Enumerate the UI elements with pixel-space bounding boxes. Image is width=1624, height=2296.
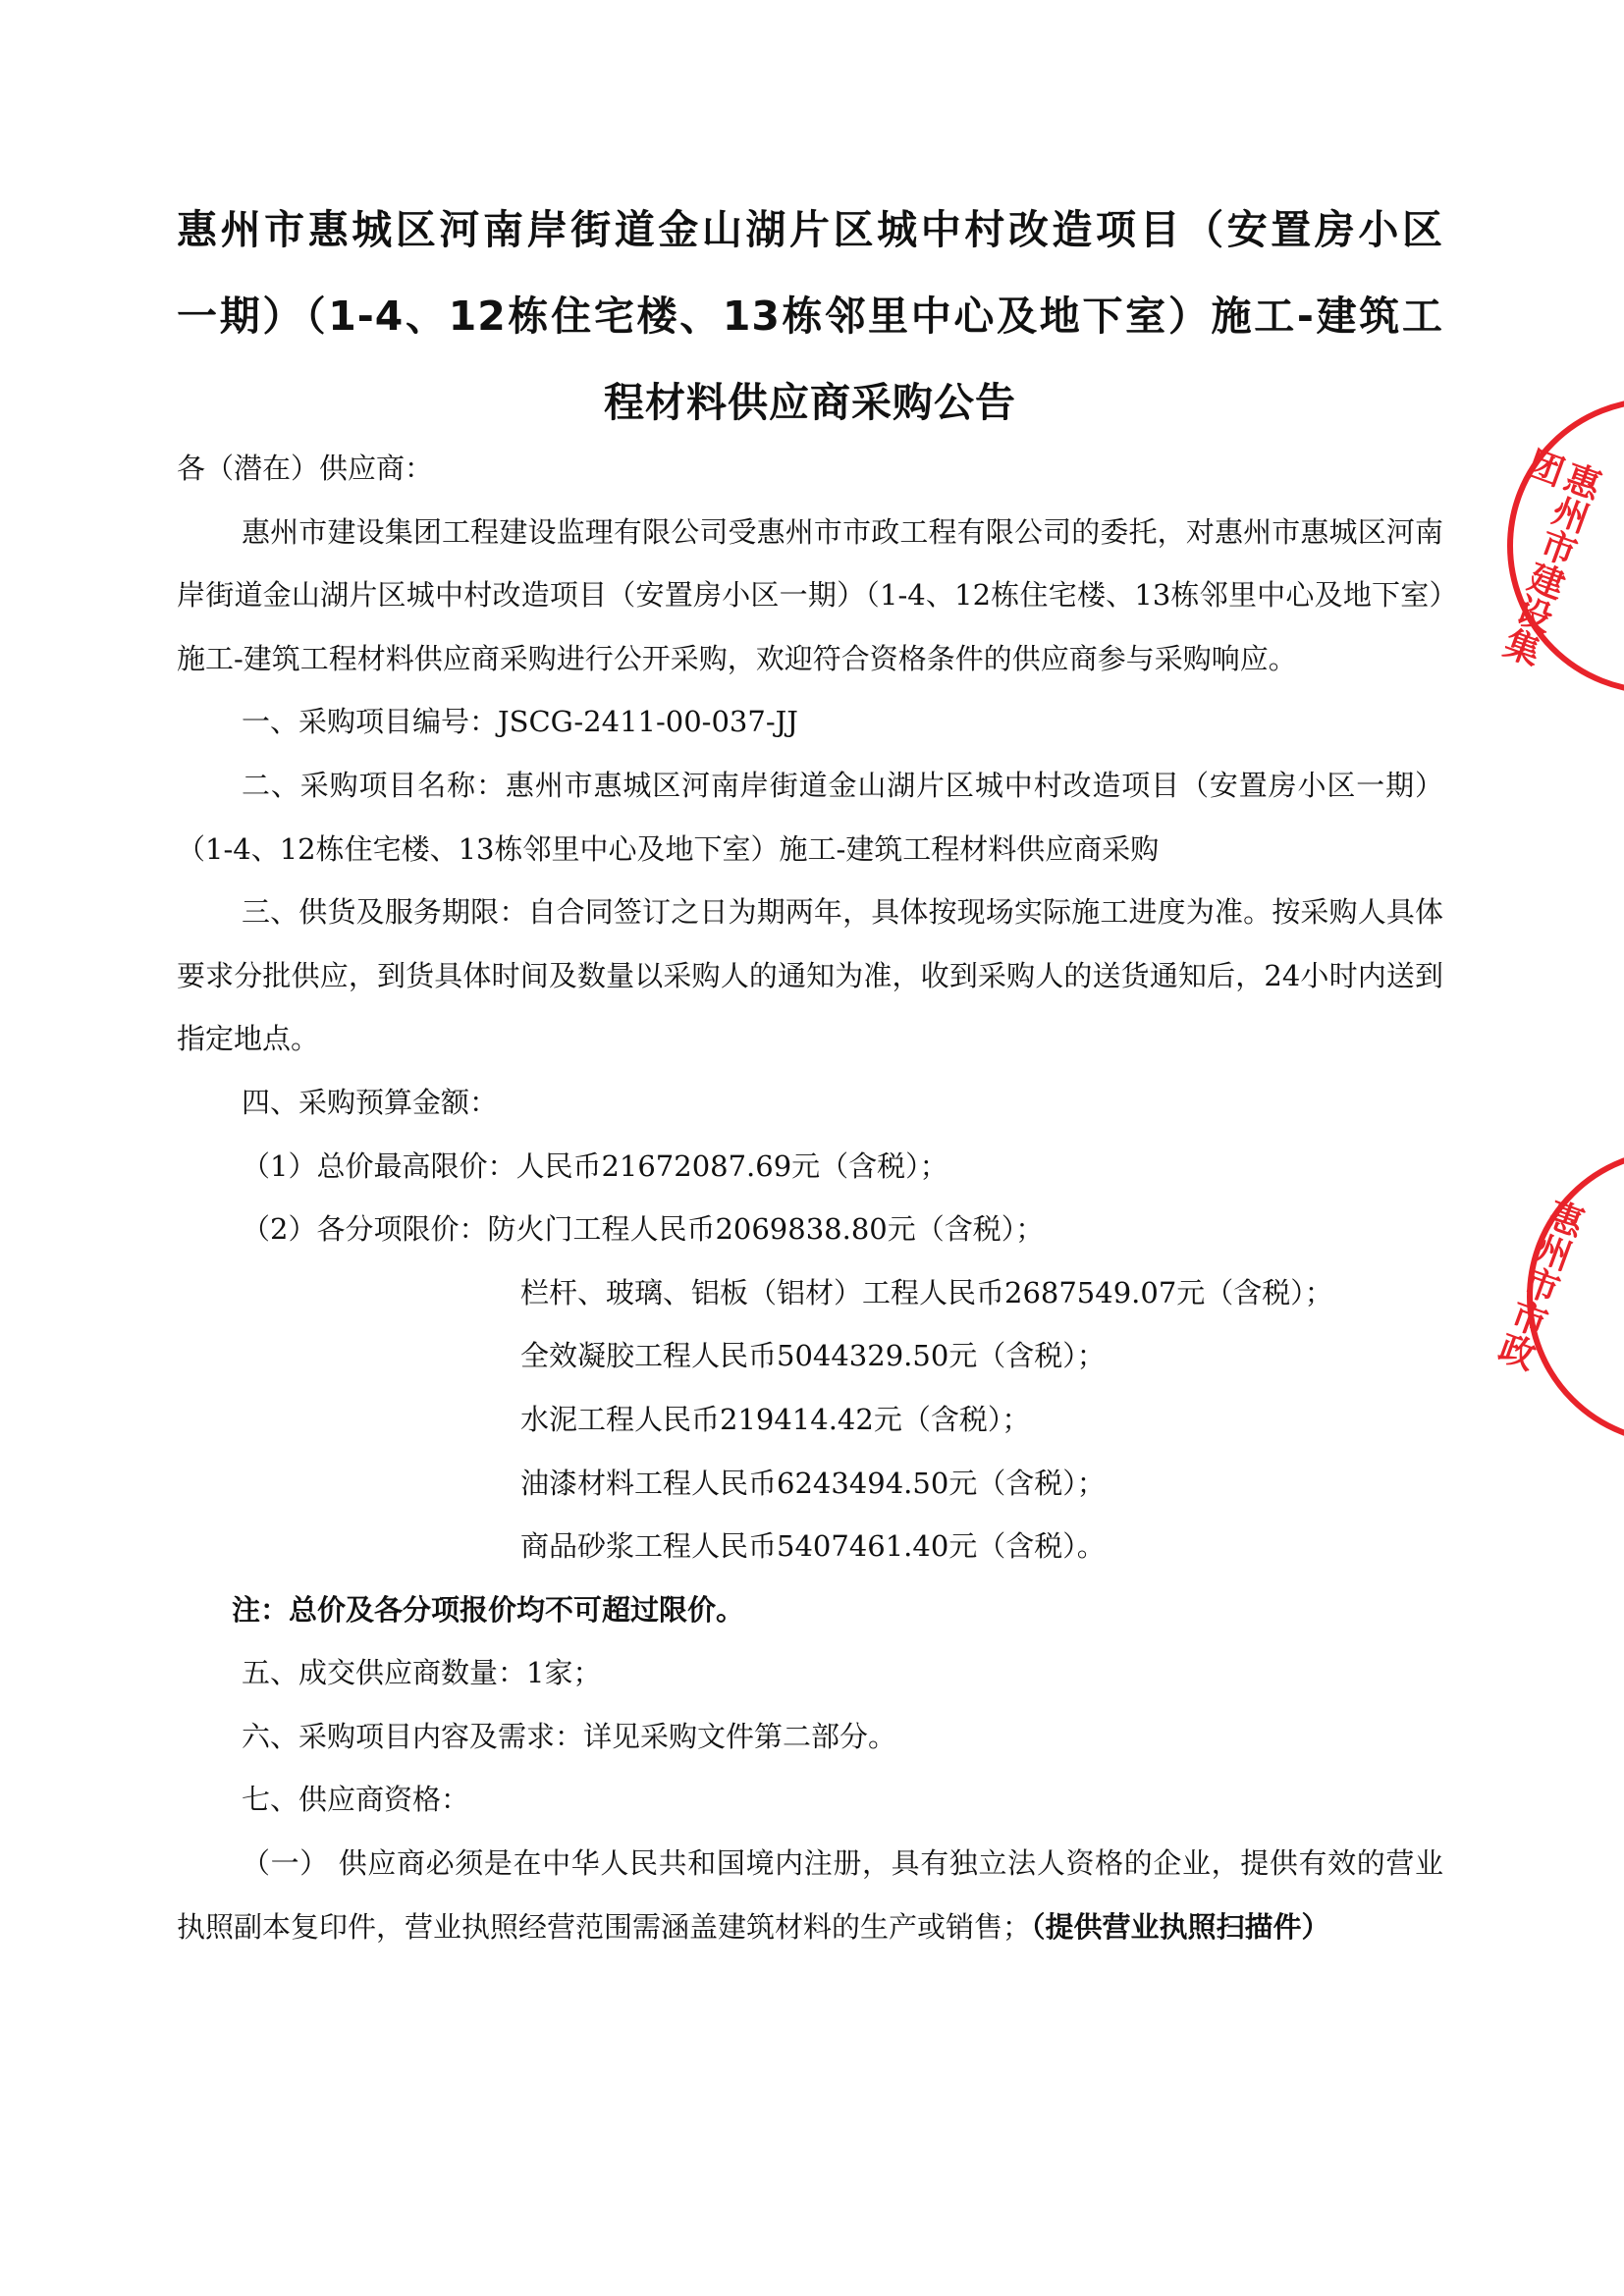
budget-item: 栏杆、玻璃、铝板（铝材）工程人民币2687549.07元（含税）； (177, 1261, 1443, 1325)
seal-text: 惠州市市政 (1489, 1194, 1587, 1373)
section-supply-period: 三、供货及服务期限：自合同签订之日为期两年，具体按现场实际施工进度为准。按采购人… (177, 881, 1443, 1071)
section-requirements: 六、采购项目内容及需求：详见采购文件第二部分。 (177, 1705, 1443, 1769)
price-limit-note: 注：总价及各分项报价均不可超过限价。 (177, 1578, 1443, 1642)
document-body: 各（潜在）供应商： 惠州市建设集团工程建设监理有限公司受惠州市市政工程有限公司的… (177, 437, 1443, 1958)
section-project-number: 一、采购项目编号：JSCG-2411-00-037-JJ (177, 690, 1443, 754)
section-supplier-count: 五、成交供应商数量：1家； (177, 1641, 1443, 1705)
title-line-2: 一期）（1-4、12栋住宅楼、13栋邻里中心及地下室）施工-建筑工 (177, 273, 1443, 359)
budget-item: 全效凝胶工程人民币5044329.50元（含税）； (177, 1324, 1443, 1388)
title-line-3: 程材料供应商采购公告 (177, 359, 1443, 446)
budget-total-cap: （1）总价最高限价：人民币21672087.69元（含税）； (177, 1135, 1443, 1199)
qualification-1: （一） 供应商必须是在中华人民共和国境内注册，具有独立法人资格的企业，提供有效的… (177, 1832, 1443, 1958)
section-qualifications: 七、供应商资格： (177, 1768, 1443, 1832)
document-page: 惠州市惠城区河南岸街道金山湖片区城中村改造项目（安置房小区 一期）（1-4、12… (0, 0, 1624, 2296)
title-line-1: 惠州市惠城区河南岸街道金山湖片区城中村改造项目（安置房小区 (177, 187, 1443, 273)
section-budget-heading: 四、采购预算金额： (177, 1071, 1443, 1135)
budget-item: 水泥工程人民币219414.42元（含税）； (177, 1388, 1443, 1452)
salutation: 各（潜在）供应商： (177, 437, 1443, 501)
company-seal-construction-group: 惠州市建设集团 (1507, 398, 1624, 694)
budget-item: 油漆材料工程人民币6243494.50元（含税）； (177, 1452, 1443, 1516)
qualification-1-bold: （提供营业执照扫描件） (1031, 1910, 1330, 1944)
seal-text: 惠州市建设集团 (1446, 443, 1604, 700)
intro-paragraph: 惠州市建设集团工程建设监理有限公司受惠州市市政工程有限公司的委托，对惠州市惠城区… (177, 501, 1443, 691)
section-project-name: 二、采购项目名称：惠州市惠城区河南岸街道金山湖片区城中村改造项目（安置房小区一期… (177, 754, 1443, 881)
company-seal-municipal: 惠州市市政 (1527, 1148, 1624, 1445)
budget-item: 商品砂浆工程人民币5407461.40元（含税）。 (177, 1515, 1443, 1578)
budget-items-lead: （2）各分项限价：防火门工程人民币2069838.80元（含税）； (177, 1198, 1443, 1261)
document-title: 惠州市惠城区河南岸街道金山湖片区城中村改造项目（安置房小区 一期）（1-4、12… (177, 187, 1443, 446)
